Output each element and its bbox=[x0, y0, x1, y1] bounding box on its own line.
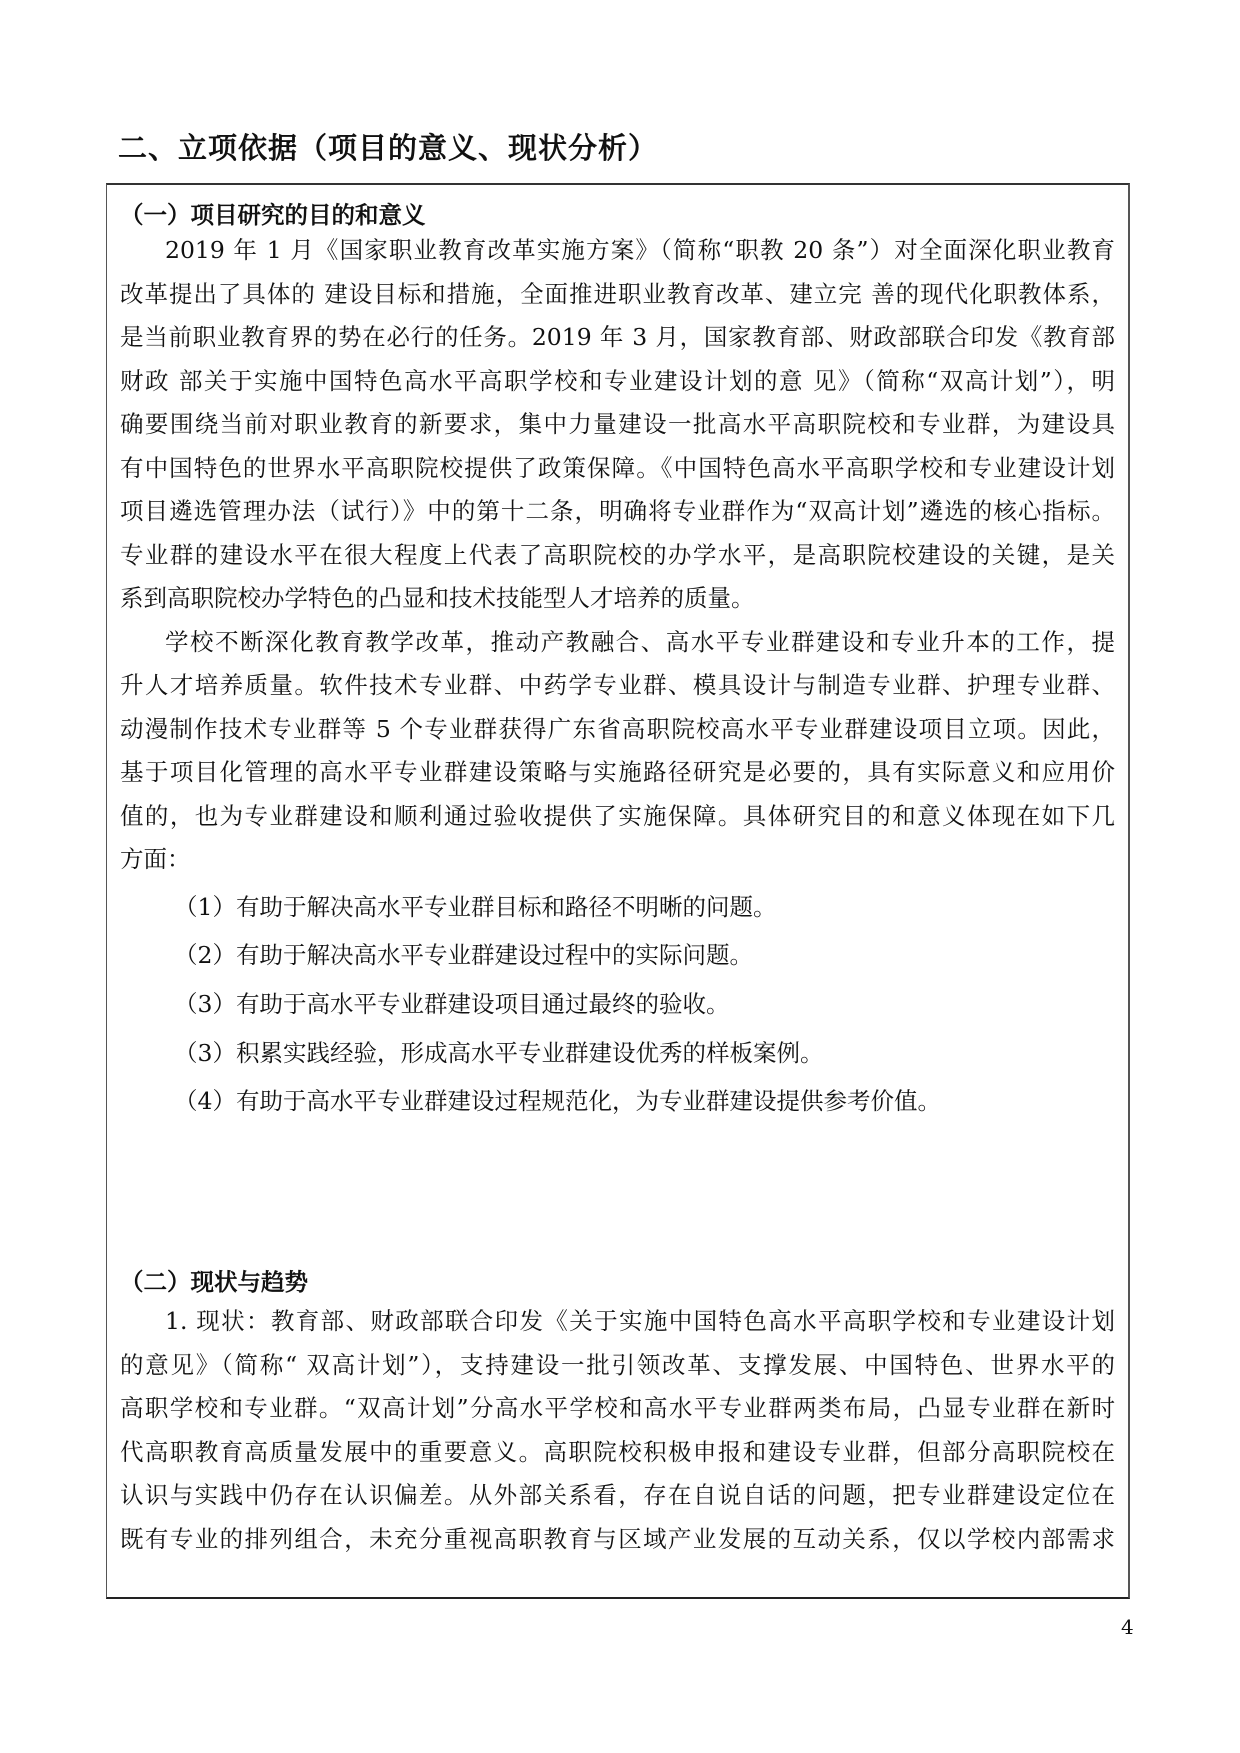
content-box: （一）项目研究的目的和意义 2019 年 1 月《国家职业教育改革实施方案》（简… bbox=[106, 183, 1130, 1599]
list-item: （4）有助于高水平专业群建设过程规范化，为专业群建设提供参考价值。 bbox=[174, 1086, 941, 1116]
text-line: 动漫制作技术专业群等 5 个专业群获得广东省高职院校高水平专业群建设项目立项。因… bbox=[120, 714, 1115, 744]
text-line: 确要围绕当前对职业教育的新要求，集中力量建设一批高水平高职院校和专业群，为建设具 bbox=[120, 409, 1115, 439]
section-heading-purpose: （一）项目研究的目的和意义 bbox=[120, 200, 426, 230]
text-line: 升人才培养质量。软件技术专业群、中药学专业群、模具设计与制造专业群、护理专业群、 bbox=[120, 670, 1115, 700]
list-item: （1）有助于解决高水平专业群目标和路径不明晰的问题。 bbox=[174, 892, 776, 922]
text-line: 高职学校和专业群。“双高计划”分高水平学校和高水平专业群两类布局，凸显专业群在新… bbox=[120, 1393, 1115, 1423]
list-item: （3）有助于高水平专业群建设项目通过最终的验收。 bbox=[174, 989, 729, 1019]
text-line: 项目遴选管理办法（试行）》中的第十二条，明确将专业群作为“双高计划”遴选的核心指… bbox=[120, 496, 1115, 526]
section-heading-status: （二）现状与趋势 bbox=[120, 1267, 308, 1297]
text-line: 改革提出了具体的 建设目标和措施，全面推进职业教育改革、建立完 善的现代化职教体… bbox=[120, 279, 1115, 309]
text-line: 学校不断深化教育教学改革，推动产教融合、高水平专业群建设和专业升本的工作，提 bbox=[165, 627, 1115, 657]
text-line: 财政 部关于实施中国特色高水平高职学校和专业建设计划的意 见》（简称“双高计划”… bbox=[120, 366, 1115, 396]
list-item: （3）积累实践经验，形成高水平专业群建设优秀的样板案例。 bbox=[174, 1038, 823, 1068]
text-line: 专业群的建设水平在很大程度上代表了高职院校的办学水平，是高职院校建设的关键，是关 bbox=[120, 540, 1115, 570]
text-line: 既有专业的排列组合，未充分重视高职教育与区域产业发展的互动关系，仅以学校内部需求 bbox=[120, 1524, 1115, 1554]
text-line: 1. 现状：教育部、财政部联合印发《关于实施中国特色高水平高职学校和专业建设计划 bbox=[165, 1306, 1115, 1336]
text-line: 是当前职业教育界的势在必行的任务。2019 年 3 月，国家教育部、财政部联合印… bbox=[120, 322, 1115, 352]
list-item: （2）有助于解决高水平专业群建设过程中的实际问题。 bbox=[174, 940, 753, 970]
page-number: 4 bbox=[1121, 1615, 1134, 1639]
text-line: 有中国特色的世界水平高职院校提供了政策保障。《中国特色高水平高职学校和专业建设计… bbox=[120, 453, 1115, 483]
text-line: 认识与实践中仍存在认识偏差。从外部关系看，存在自说自话的问题，把专业群建设定位在 bbox=[120, 1480, 1115, 1510]
text-line: 的意见》（简称“ 双高计划”），支持建设一批引领改革、支撑发展、中国特色、世界水… bbox=[120, 1350, 1115, 1380]
text-line: 系到高职院校办学特色的凸显和技术技能型人才培养的质量。 bbox=[120, 583, 1115, 613]
text-line: 代高职教育高质量发展中的重要意义。高职院校积极申报和建设专业群，但部分高职院校在 bbox=[120, 1437, 1115, 1467]
text-line: 值的，也为专业群建设和顺利通过验收提供了实施保障。具体研究目的和意义体现在如下几 bbox=[120, 801, 1115, 831]
text-line: 2019 年 1 月《国家职业教育改革实施方案》（简称“职教 20 条”）对全面… bbox=[165, 235, 1115, 265]
text-line: 方面： bbox=[120, 844, 1115, 874]
page-heading: 二、立项依据（项目的意义、现状分析） bbox=[118, 128, 658, 168]
text-line: 基于项目化管理的高水平专业群建设策略与实施路径研究是必要的，具有实际意义和应用价 bbox=[120, 757, 1115, 787]
